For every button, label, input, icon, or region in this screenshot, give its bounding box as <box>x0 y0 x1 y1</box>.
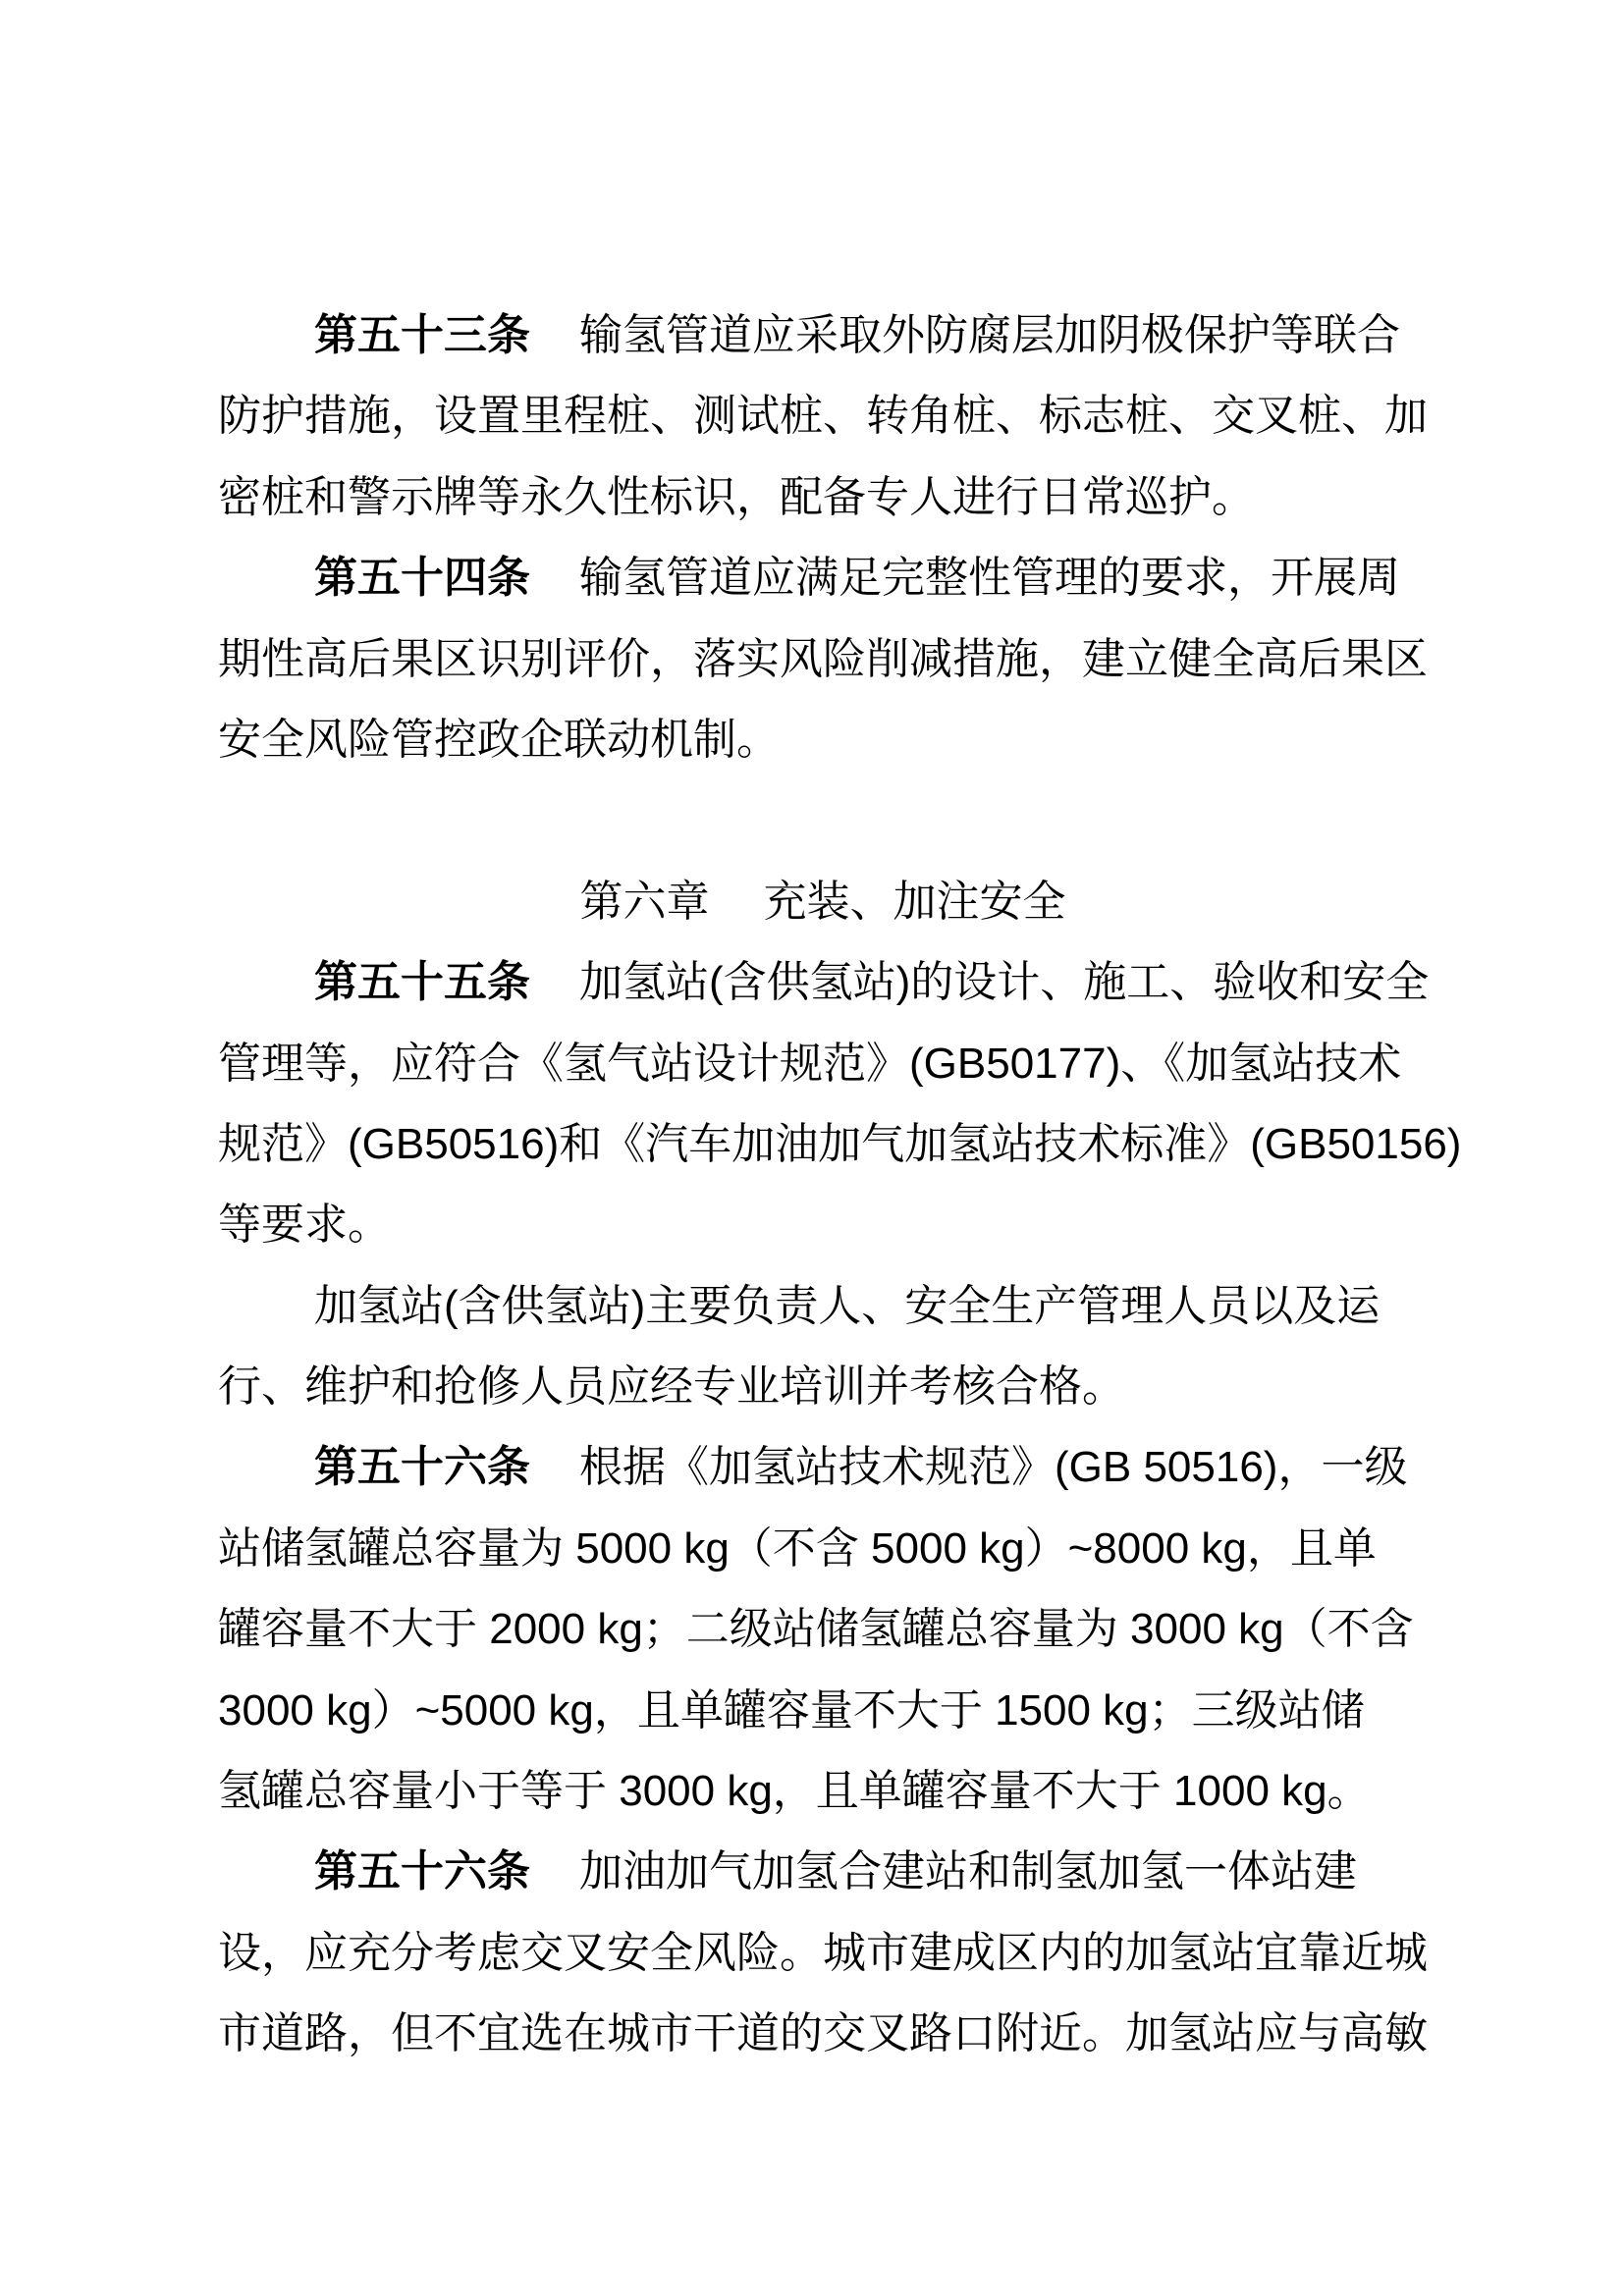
article-number: 第五十五条 <box>314 958 530 1006</box>
text-line: 期性高后果区识别评价，落实风险削减措施，建立健全高后果区 <box>218 619 1428 700</box>
line-text: 设，应充分考虑交叉安全风险。城市建成区内的加氢站宜靠近城 <box>218 1929 1428 1977</box>
text-line: 设，应充分考虑交叉安全风险。城市建成区内的加氢站宜靠近城 <box>218 1913 1428 1994</box>
line-text: 加氢站(含供氢站)主要负责人、安全生产管理人员以及运 <box>314 1282 1380 1330</box>
article-number: 第五十三条 <box>314 311 530 359</box>
blank-line <box>218 780 1428 861</box>
text-line: 等要求。 <box>218 1185 1428 1265</box>
chapter-title: 充装、加注安全 <box>764 878 1066 926</box>
chapter-number: 第六章 <box>580 878 710 926</box>
article-number: 第五十六条 <box>314 1443 530 1491</box>
line-text: 加氢站(含供氢站)的设计、施工、验收和安全 <box>579 958 1429 1006</box>
line-text: 密桩和警示牌等永久性标识，配备专人进行日常巡护。 <box>218 473 1255 521</box>
line-text: 加油加气加氢合建站和制氢加氢一体站建 <box>579 1847 1357 1896</box>
text-line: 罐容量不大于 2000 kg；二级站储氢罐总容量为 3000 kg（不含 <box>218 1589 1428 1670</box>
line-text: 行、维护和抢修人员应经专业培训并考核合格。 <box>218 1362 1125 1411</box>
text-line: 安全风险管控政企联动机制。 <box>218 700 1428 780</box>
text-line: 第五十五条加氢站(含供氢站)的设计、施工、验收和安全 <box>218 942 1428 1023</box>
text-line: 第五十六条加油加气加氢合建站和制氢加氢一体站建 <box>218 1832 1428 1912</box>
line-text: 安全风险管控政企联动机制。 <box>218 716 780 764</box>
text-line: 站储氢罐总容量为 5000 kg（不含 5000 kg）~8000 kg，且单 <box>218 1509 1428 1589</box>
text-line: 行、维护和抢修人员应经专业培训并考核合格。 <box>218 1347 1428 1427</box>
text-line: 第五十六条根据《加氢站技术规范》(GB 50516)，一级 <box>218 1427 1428 1508</box>
line-text: 输氢管道应采取外防腐层加阴极保护等联合 <box>579 311 1400 359</box>
article-number: 第五十四条 <box>314 554 530 602</box>
text-line: 第五十四条输氢管道应满足完整性管理的要求，开展周 <box>218 538 1428 618</box>
text-line: 3000 kg）~5000 kg，且单罐容量不大于 1500 kg；三级站储 <box>218 1671 1428 1751</box>
line-text: 管理等，应符合《氢气站设计规范》(GB50177)、《加氢站技术 <box>218 1040 1401 1088</box>
line-text: 期性高后果区识别评价，落实风险削减措施，建立健全高后果区 <box>218 635 1428 683</box>
text-line: 管理等，应符合《氢气站设计规范》(GB50177)、《加氢站技术 <box>218 1024 1428 1104</box>
line-text: 罐容量不大于 2000 kg；二级站储氢罐总容量为 3000 kg（不含 <box>218 1605 1414 1653</box>
article-number: 第五十六条 <box>314 1847 530 1896</box>
text-line: 规范》(GB50516)和《汽车加油加气加氢站技术标准》(GB50156) <box>218 1104 1428 1185</box>
line-text: 市道路，但不宜选在城市干道的交叉路口附近。加氢站应与高敏 <box>218 2009 1428 2057</box>
text-line: 加氢站(含供氢站)主要负责人、安全生产管理人员以及运 <box>218 1266 1428 1347</box>
line-text: 输氢管道应满足完整性管理的要求，开展周 <box>579 554 1400 602</box>
line-text: 3000 kg）~5000 kg，且单罐容量不大于 1500 kg；三级站储 <box>218 1686 1365 1735</box>
document-body: 第五十三条输氢管道应采取外防腐层加阴极保护等联合防护措施，设置里程桩、测试桩、转… <box>218 295 1428 2075</box>
text-line: 防护措施，设置里程桩、测试桩、转角桩、标志桩、交叉桩、加 <box>218 376 1428 456</box>
line-text: 根据《加氢站技术规范》(GB 50516)，一级 <box>579 1443 1407 1491</box>
text-line: 密桩和警示牌等永久性标识，配备专人进行日常巡护。 <box>218 457 1428 538</box>
text-line: 氢罐总容量小于等于 3000 kg，且单罐容量不大于 1000 kg。 <box>218 1751 1428 1832</box>
line-text: 等要求。 <box>218 1201 391 1249</box>
line-text: 防护措施，设置里程桩、测试桩、转角桩、标志桩、交叉桩、加 <box>218 392 1428 440</box>
text-line: 市道路，但不宜选在城市干道的交叉路口附近。加氢站应与高敏 <box>218 1994 1428 2074</box>
page: 第五十三条输氢管道应采取外防腐层加阴极保护等联合防护措施，设置里程桩、测试桩、转… <box>0 0 1624 2296</box>
chapter-heading: 第六章充装、加注安全 <box>218 862 1428 942</box>
line-text: 站储氢罐总容量为 5000 kg（不含 5000 kg）~8000 kg，且单 <box>218 1524 1377 1573</box>
line-text: 氢罐总容量小于等于 3000 kg，且单罐容量不大于 1000 kg。 <box>218 1767 1371 1815</box>
line-text: 规范》(GB50516)和《汽车加油加气加氢站技术标准》(GB50156) <box>218 1120 1461 1168</box>
text-line: 第五十三条输氢管道应采取外防腐层加阴极保护等联合 <box>218 295 1428 376</box>
